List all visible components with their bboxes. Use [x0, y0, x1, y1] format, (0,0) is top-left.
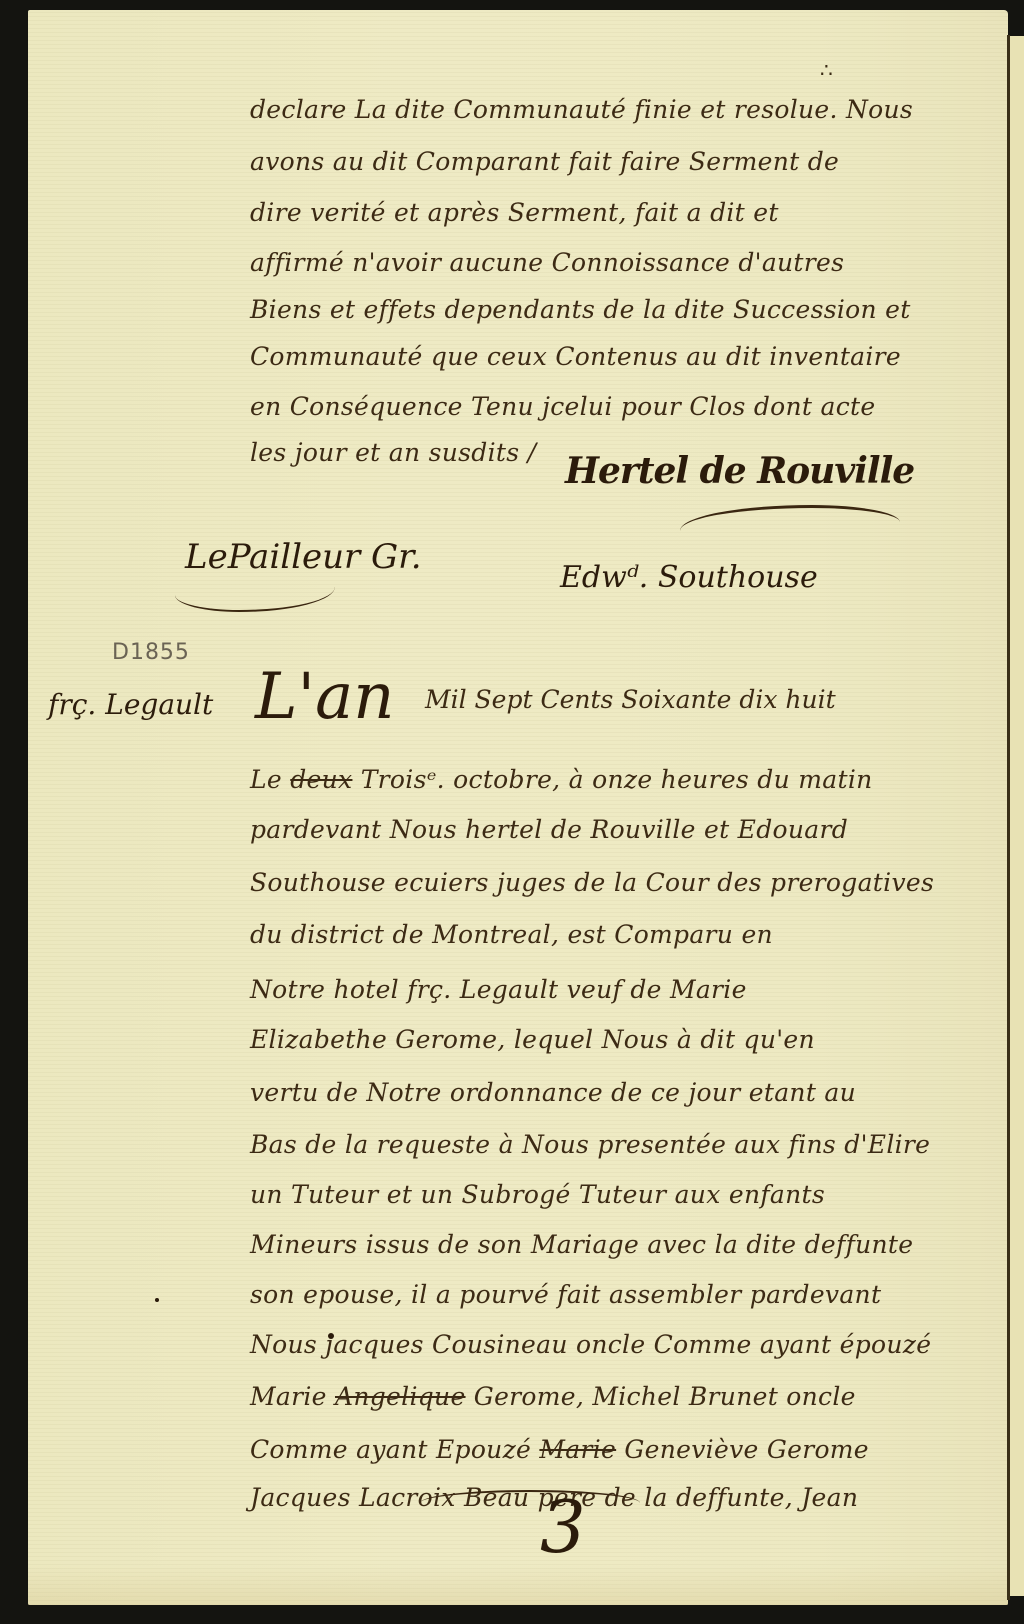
text-line: Nous jacques Cousineau oncle Comme ayant… [250, 1330, 931, 1359]
text-line: dire verité et après Serment, fait a dit… [250, 198, 779, 227]
text-line: Comme ayant Epouzé Marie Geneviève Gerom… [250, 1435, 869, 1464]
signature-southouse: Edwᵈ. Southouse [560, 560, 818, 595]
text-line: avons au dit Comparant fait faire Sermen… [250, 147, 839, 176]
text-line: affirmé n'avoir aucune Connoissance d'au… [250, 248, 844, 277]
text-line: Southouse ecuiers juges de la Cour des p… [250, 868, 934, 897]
page-marker-flourish [420, 1490, 640, 1516]
text-line: Elizabethe Gerome, lequel Nous à dit qu'… [250, 1025, 815, 1054]
text-line: un Tuteur et un Subrogé Tuteur aux enfan… [250, 1180, 825, 1209]
text-line: Communauté que ceux Contenus au dit inve… [250, 342, 901, 371]
text-line: Mineurs issus de son Mariage avec la dit… [250, 1230, 913, 1259]
text-line: Mil Sept Cents Soixante dix huit [425, 685, 836, 714]
struck-word: Marie [539, 1435, 616, 1464]
binding-fold-line [1007, 35, 1010, 1600]
ink-blot [328, 1333, 334, 1339]
text-line: en Conséquence Tenu jcelui pour Clos don… [250, 392, 875, 421]
struck-word: deux [290, 765, 352, 794]
signature-hertel-de-rouville: Hertel de Rouville [565, 450, 914, 492]
ink-blot [155, 1298, 159, 1302]
archive-reference-mark: D1855 [112, 640, 190, 665]
text-line: declare La dite Communauté finie et reso… [250, 95, 913, 124]
text-line: Biens et effets dependants de la dite Su… [250, 295, 911, 324]
margin-note: frç. Legault [48, 688, 213, 721]
text-line: Le deux Troisᵉ. octobre, à onze heures d… [250, 765, 873, 794]
text-line: Marie Angelique Gerome, Michel Brunet on… [250, 1382, 856, 1411]
drop-cap-heading: L'an [255, 660, 394, 734]
struck-word: Angelique [335, 1382, 466, 1411]
text-line: Bas de la requeste à Nous presentée aux … [250, 1130, 930, 1159]
text-line: les jour et an susdits / [250, 438, 536, 467]
adjacent-page-edge [1010, 36, 1024, 1596]
text-line: Notre hotel frç. Legault veuf de Marie [250, 975, 747, 1004]
page-number-marker: 3 [540, 1485, 586, 1569]
text-line: pardevant Nous hertel de Rouville et Edo… [250, 815, 848, 844]
text-line: son epouse, il a pourvé fait assembler p… [250, 1280, 881, 1309]
text-line: vertu de Notre ordonnance de ce jour eta… [250, 1078, 856, 1107]
text-line: du district de Montreal, est Comparu en [250, 920, 773, 949]
ink-mark-icon: ∴ [820, 58, 833, 82]
